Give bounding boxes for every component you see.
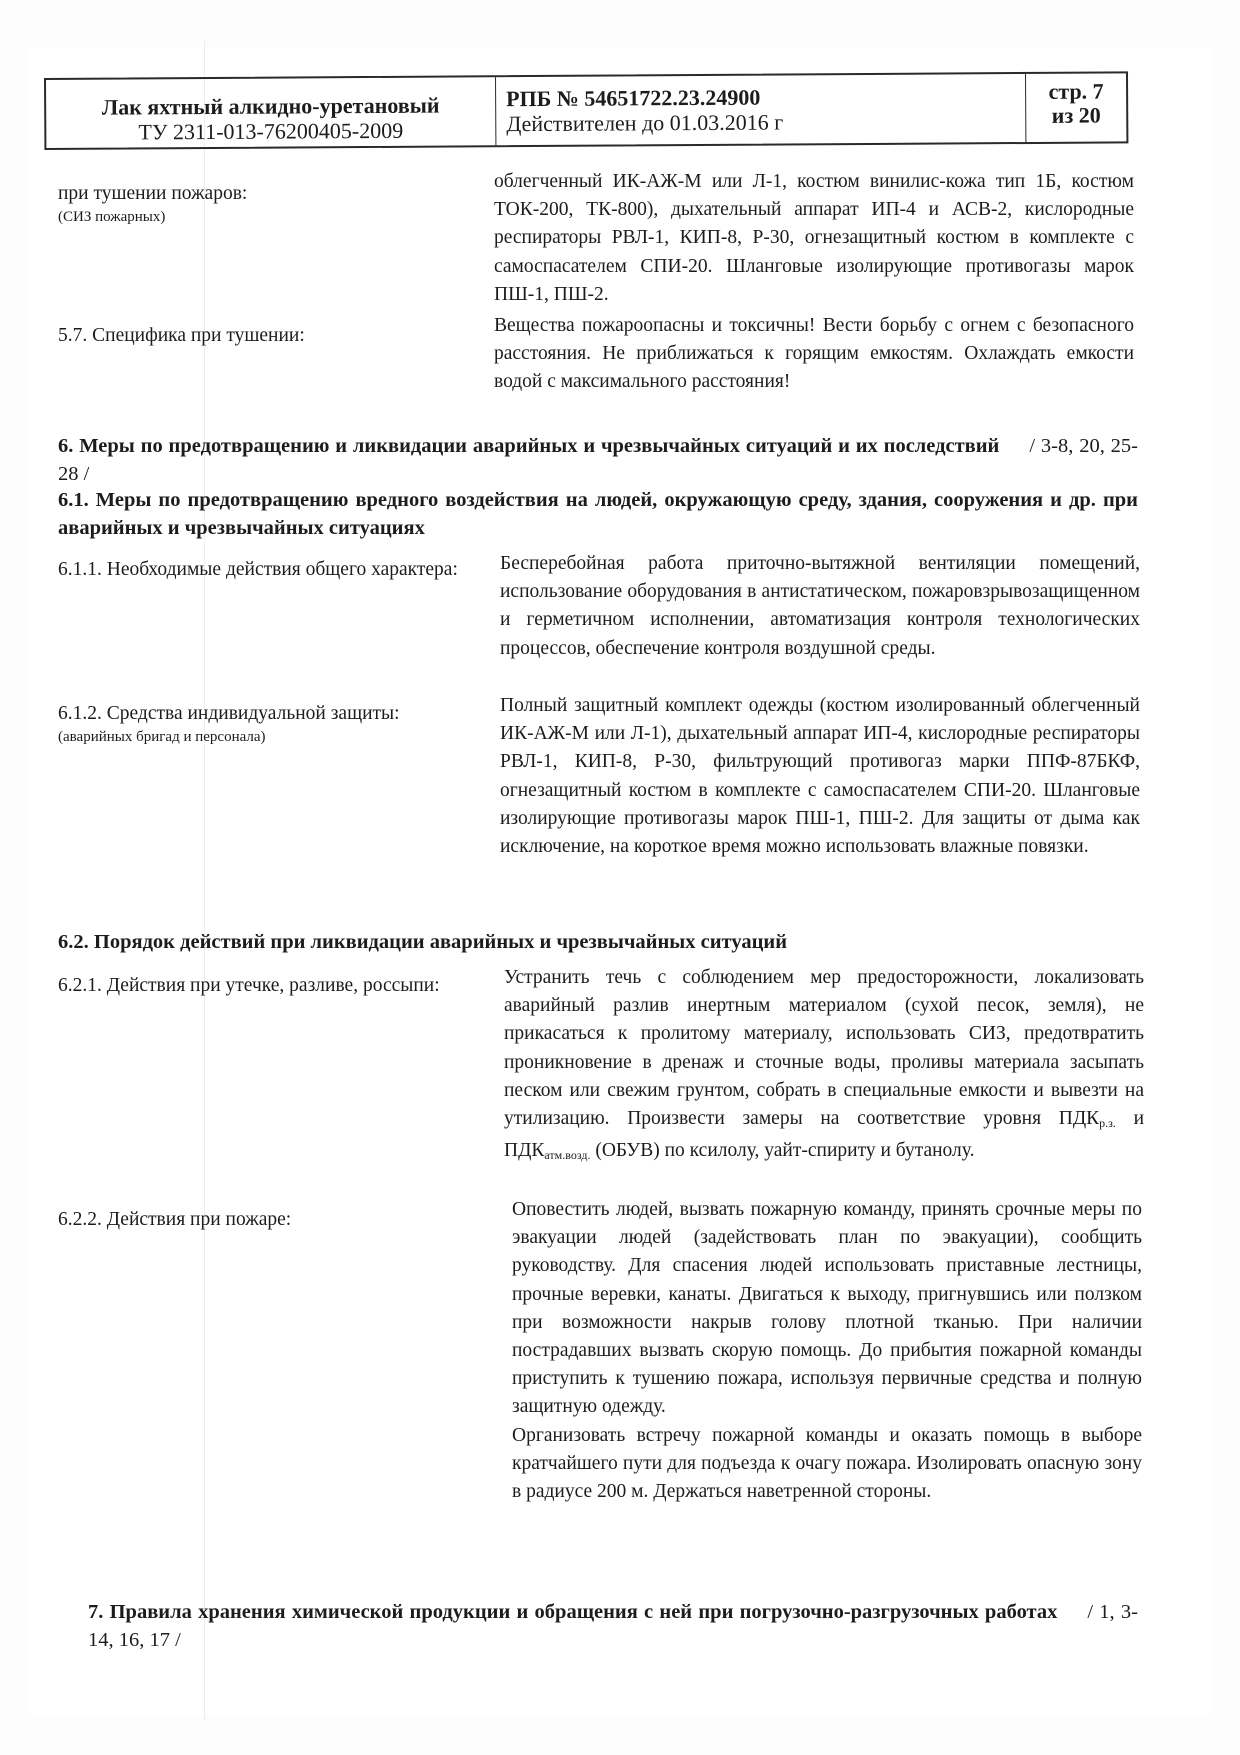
item-6-1-2-text: Полный защитный комплект одежды (костюм … [500,692,1140,861]
section-6-heading: 6. Меры по предотвращению и ликвидации а… [58,432,1138,488]
product-name: Лак яхтный алкидно-уретановый [46,93,495,120]
item-6-2-2-text: Оповестить людей, вызвать пожарную коман… [512,1196,1142,1506]
item-6-1-1-text: Бесперебойная работа приточно-вытяжной в… [500,550,1140,663]
firefighting-ppe-label: при тушении пожаров: (СИЗ пожарных) [58,180,247,227]
item-5-7-text: Вещества пожароопасны и токсичны! Вести … [494,312,1134,397]
item-6-2-1-label: 6.2.1. Действия при утечке, разливе, рос… [58,972,478,999]
header-registration-cell: РПБ № 54651722.23.24900 Действителен до … [496,74,1026,145]
item-6-1-2-label: 6.1.2. Средства индивидуальной защиты: (… [58,700,400,747]
firefighting-ppe-text: облегченный ИК-АЖ-М или Л-1, костюм вини… [494,168,1134,309]
section-6-2-heading: 6.2. Порядок действий при ликвидации ава… [58,928,1138,956]
document-page: Лак яхтный алкидно-уретановый ТУ 2311-01… [0,0,1240,1755]
item-6-2-2-paragraph-2: Организовать встречу пожарной команды и … [512,1422,1142,1507]
scan-artifact-line [204,40,205,1720]
valid-until: Действителен до 01.03.2016 г [506,108,1025,137]
item-6-1-2-sublabel: (аварийных бригад и персонала) [58,727,400,747]
header-product-cell: Лак яхтный алкидно-уретановый ТУ 2311-01… [46,77,496,148]
item-6-2-2-label: 6.2.2. Действия при пожаре: [58,1206,291,1233]
header-page-cell: стр. 7 из 20 [1026,73,1126,142]
rpb-number: РПБ № 54651722.23.24900 [506,84,1025,111]
item-6-1-1-label: 6.1.1. Необходимые действия общего харак… [58,556,478,583]
section-6-1-heading: 6.1. Меры по предотвращению вредного воз… [58,486,1138,542]
section-7-heading: 7. Правила хранения химической продукции… [88,1598,1138,1654]
item-6-2-1-text: Устранить течь с соблюдением мер предост… [504,964,1144,1169]
page-number: стр. 7 [1026,79,1126,104]
tu-code: ТУ 2311-013-76200405-2009 [46,117,495,146]
page-total: из 20 [1026,103,1126,128]
firefighting-ppe-sublabel: (СИЗ пожарных) [58,207,247,227]
item-5-7-label: 5.7. Специфика при тушении: [58,322,305,349]
item-6-2-2-paragraph-1: Оповестить людей, вызвать пожарную коман… [512,1196,1142,1422]
document-header-table: Лак яхтный алкидно-уретановый ТУ 2311-01… [44,71,1128,150]
